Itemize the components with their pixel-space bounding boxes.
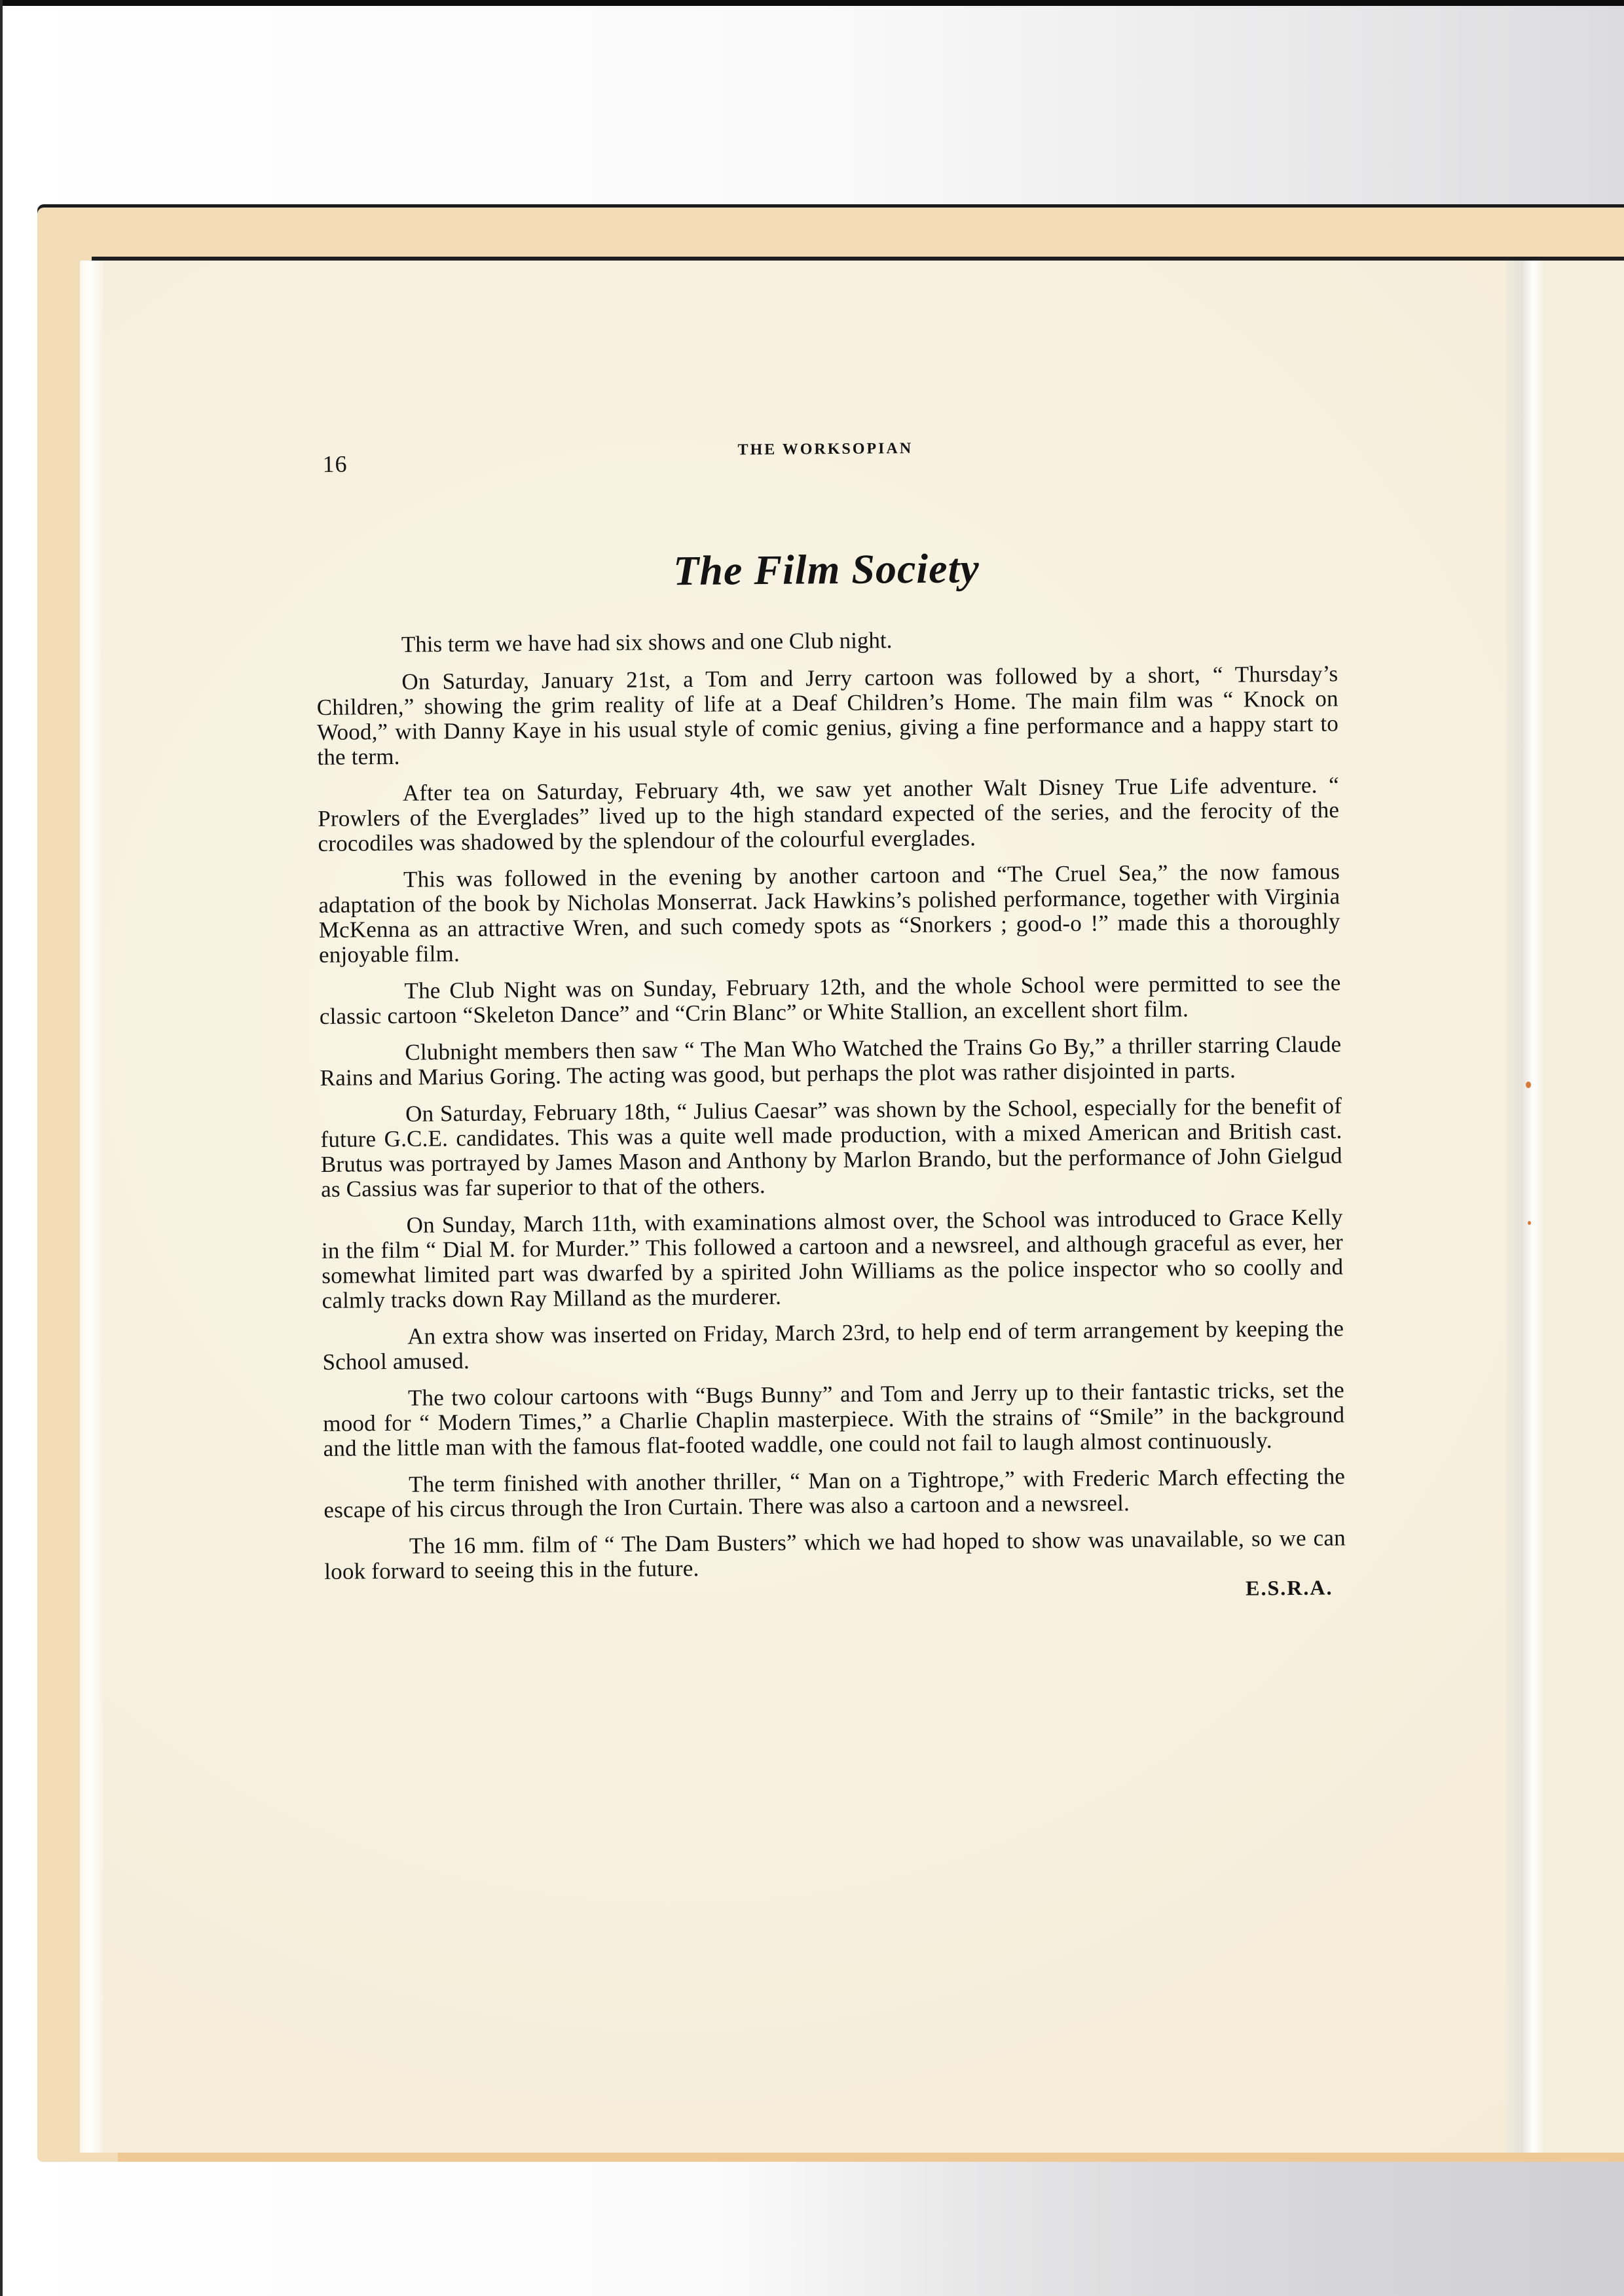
paper-stain bbox=[1528, 1221, 1531, 1225]
paragraph: On Sunday, March 11th, with examinations… bbox=[322, 1205, 1344, 1313]
paragraph: After tea on Saturday, February 4th, we … bbox=[318, 773, 1340, 856]
cover-bottom-edge bbox=[118, 2153, 1624, 2162]
paragraph: The two colour cartoons with “Bugs Bunny… bbox=[323, 1377, 1345, 1461]
intro-paragraph: This term we have had six shows and one … bbox=[316, 623, 1338, 659]
paragraph: On Saturday, January 21st, a Tom and Jer… bbox=[316, 661, 1338, 770]
facing-page-edge bbox=[1545, 261, 1624, 2153]
page-stack-edge bbox=[80, 261, 105, 2153]
article: 16 THE WORKSOPIAN The Film Society This … bbox=[314, 416, 1346, 1609]
scanner-shadow bbox=[720, 2154, 1624, 2296]
paragraph: Clubnight members then saw “ The Man Who… bbox=[320, 1032, 1342, 1091]
paragraph: The Club Night was on Sunday, February 1… bbox=[319, 970, 1341, 1029]
paragraph: On Saturday, February 18th, “ Julius Cae… bbox=[320, 1093, 1342, 1202]
paragraph: An extra show was inserted on Friday, Ma… bbox=[322, 1316, 1344, 1375]
journal-title: THE WORKSOPIAN bbox=[314, 436, 1336, 463]
scanner-edge-left bbox=[0, 0, 3, 2296]
article-title: The Film Society bbox=[316, 541, 1338, 598]
paragraph: This was followed in the evening by anot… bbox=[318, 859, 1340, 968]
running-head: 16 THE WORKSOPIAN bbox=[314, 416, 1337, 484]
page-gutter bbox=[1506, 261, 1545, 2153]
scanner-edge-top bbox=[0, 0, 1624, 6]
paragraph: The term finished with another thriller,… bbox=[323, 1464, 1346, 1523]
paragraph: The 16 mm. film of “ The Dam Busters” wh… bbox=[324, 1525, 1346, 1584]
paper-stain bbox=[1526, 1082, 1531, 1088]
